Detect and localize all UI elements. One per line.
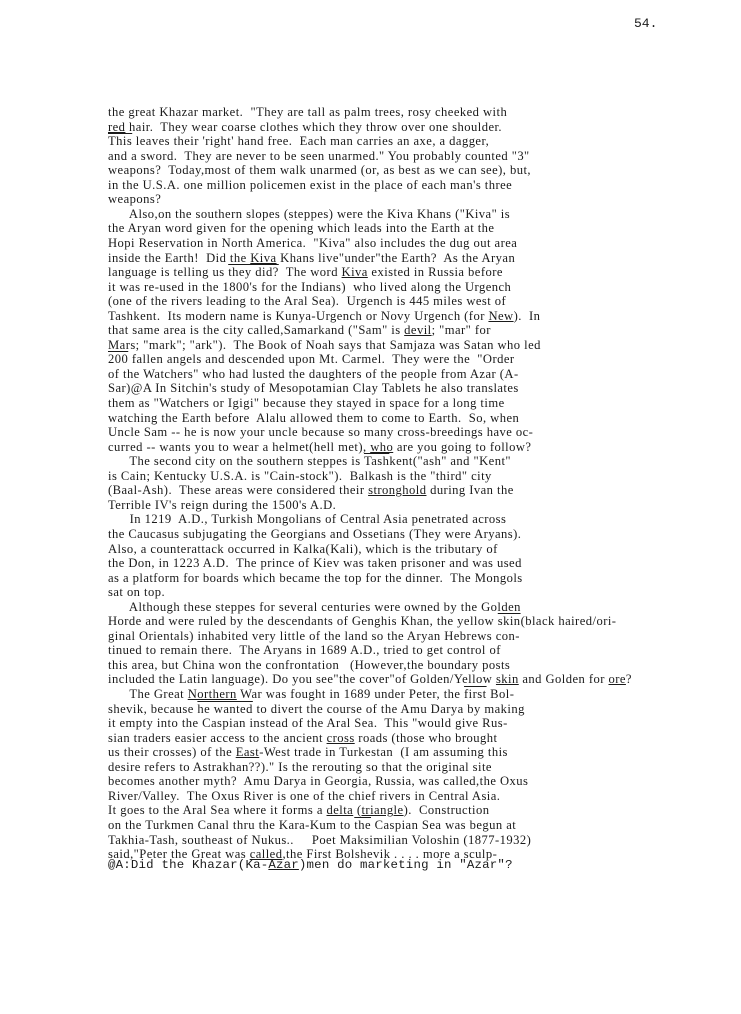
underlined-text: cross <box>327 731 355 745</box>
text-line: Hopi Reservation in North America. "Kiva… <box>108 236 517 251</box>
text-line: curred -- wants you to wear a helmet(hel… <box>108 440 531 455</box>
page-number: 54. <box>634 16 657 31</box>
text-line: Although these steppes for several centu… <box>108 600 521 615</box>
overlined-text: This <box>108 134 132 148</box>
text-line: Also,on the southern slopes (steppes) we… <box>108 207 510 222</box>
text-line: that same area is the city called,Samark… <box>108 323 491 338</box>
text-line: The Great Northern War was fought in 168… <box>108 687 514 702</box>
text-line: red hair. They wear coarse clothes which… <box>108 120 502 135</box>
text-line: River/Valley. The Oxus River is one of t… <box>108 789 500 804</box>
underlined-text: skin <box>496 672 519 686</box>
text-line: the Caucasus subjugating the Georgians a… <box>108 527 521 542</box>
text-line: as a platform for boards which became th… <box>108 571 523 586</box>
overlined-text: 200 <box>108 352 128 366</box>
text-line: tinued to remain there. The Aryans in 16… <box>108 643 501 658</box>
underlined-text: ore <box>608 672 625 686</box>
text-line: sian traders easier access to the ancien… <box>108 731 497 746</box>
text-line: the Don, in 1223 A.D. The prince of Kiev… <box>108 556 522 571</box>
text-line: it empty into the Caspian instead of the… <box>108 716 508 731</box>
underlined-text: Northern <box>188 687 237 701</box>
text-line: of the Watchers" who had lusted the daug… <box>108 367 519 382</box>
underlined-text: Kiva <box>250 251 276 265</box>
text-line: weapons? <box>108 192 161 207</box>
text-line: the great Khazar market. "They are tall … <box>108 105 507 120</box>
text-line: inside the Earth! Did the Kiva Khans liv… <box>108 251 515 266</box>
text-line: This leaves their 'right' hand free. Eac… <box>108 134 489 149</box>
underlined-text: Azar <box>268 858 299 872</box>
text-line: (Baal-Ash). These areas were considered … <box>108 483 514 498</box>
text-line: and a sword. They are never to be seen u… <box>108 149 530 164</box>
underlined-text: devil <box>404 323 431 337</box>
text-line: this area, but China won the confrontati… <box>108 658 510 673</box>
footnote: @A:Did the Khazar(Ka-Azar)men do marketi… <box>108 858 513 873</box>
text-line: ginal Orientals) inhabited very little o… <box>108 629 520 644</box>
text-line: language is telling us they did? The wor… <box>108 265 503 280</box>
text-line: sat on top. <box>108 585 165 600</box>
text-line: is Cain; Kentucky U.S.A. is "Cain-stock"… <box>108 469 492 484</box>
overlined-text: Tash <box>364 454 389 468</box>
text-line: The second city on the southern steppes … <box>108 454 511 469</box>
text-line: in the U.S.A. one million policemen exis… <box>108 178 512 193</box>
underlined-text: Kiva <box>342 265 368 279</box>
overlined-text: first <box>464 687 487 701</box>
text-line: It goes to the Aral Sea where it forms a… <box>108 803 489 818</box>
text-line: weapons? Today,most of them walk unarmed… <box>108 163 531 178</box>
text-line: shevik, because he wanted to divert the … <box>108 702 525 717</box>
text-line: Horde and were ruled by the descendants … <box>108 614 616 629</box>
text-line: us their crosses) of the East-West trade… <box>108 745 508 760</box>
text-line: watching the Earth before Alalu allowed … <box>108 411 519 426</box>
overlined-text: skin <box>498 614 521 628</box>
text-line: becomes another myth? Amu Darya in Georg… <box>108 774 528 789</box>
underlined-text: triangle <box>361 803 403 817</box>
overlined-text: they did? <box>228 265 279 279</box>
text-line: Also, a counterattack occurred in Kalka(… <box>108 542 498 557</box>
text-line: (one of the rivers leading to the Aral S… <box>108 294 506 309</box>
text-line: 200 fallen angels and descended upon Mt.… <box>108 352 515 367</box>
underlined-text: East <box>236 745 259 759</box>
overlined-text: he wanted <box>197 702 252 716</box>
underlined-text: who <box>370 440 393 454</box>
text-line: it was re-used in the 1800's for the Ind… <box>108 280 511 295</box>
text-line: Sar)@A In Sitchin's study of Mesopotamia… <box>108 381 519 396</box>
text-line: Mars; "mark"; "ark"). The Book of Noah s… <box>108 338 541 353</box>
underlined-text: red <box>108 120 125 134</box>
text-line: In 1219 A.D., Turkish Mongolians of Cent… <box>108 512 506 527</box>
underlined-text: delta <box>327 803 354 817</box>
overlined-text: the <box>354 818 371 832</box>
text-line: the Aryan word given for the opening whi… <box>108 221 494 236</box>
text-line: on the Turkmen Canal thru the Kara-Kum t… <box>108 818 516 833</box>
text-line: included the Latin language). Do you see… <box>108 672 632 687</box>
text-line: them as "Watchers or Igigi" because they… <box>108 396 505 411</box>
text-line: Terrible IV's reign during the 1500's A.… <box>108 498 336 513</box>
underlined-text: stronghold <box>368 483 426 497</box>
text-line: Tashkent. Its modern name is Kunya-Urgen… <box>108 309 540 324</box>
underlined-text: New <box>488 309 513 323</box>
text-line: Uncle Sam -- he is now your uncle becaus… <box>108 425 533 440</box>
text-line: Takhia-Tash, southeast of Nukus.. Poet M… <box>108 833 531 848</box>
text-line: desire refers to Astrakhan??)." Is the r… <box>108 760 492 775</box>
